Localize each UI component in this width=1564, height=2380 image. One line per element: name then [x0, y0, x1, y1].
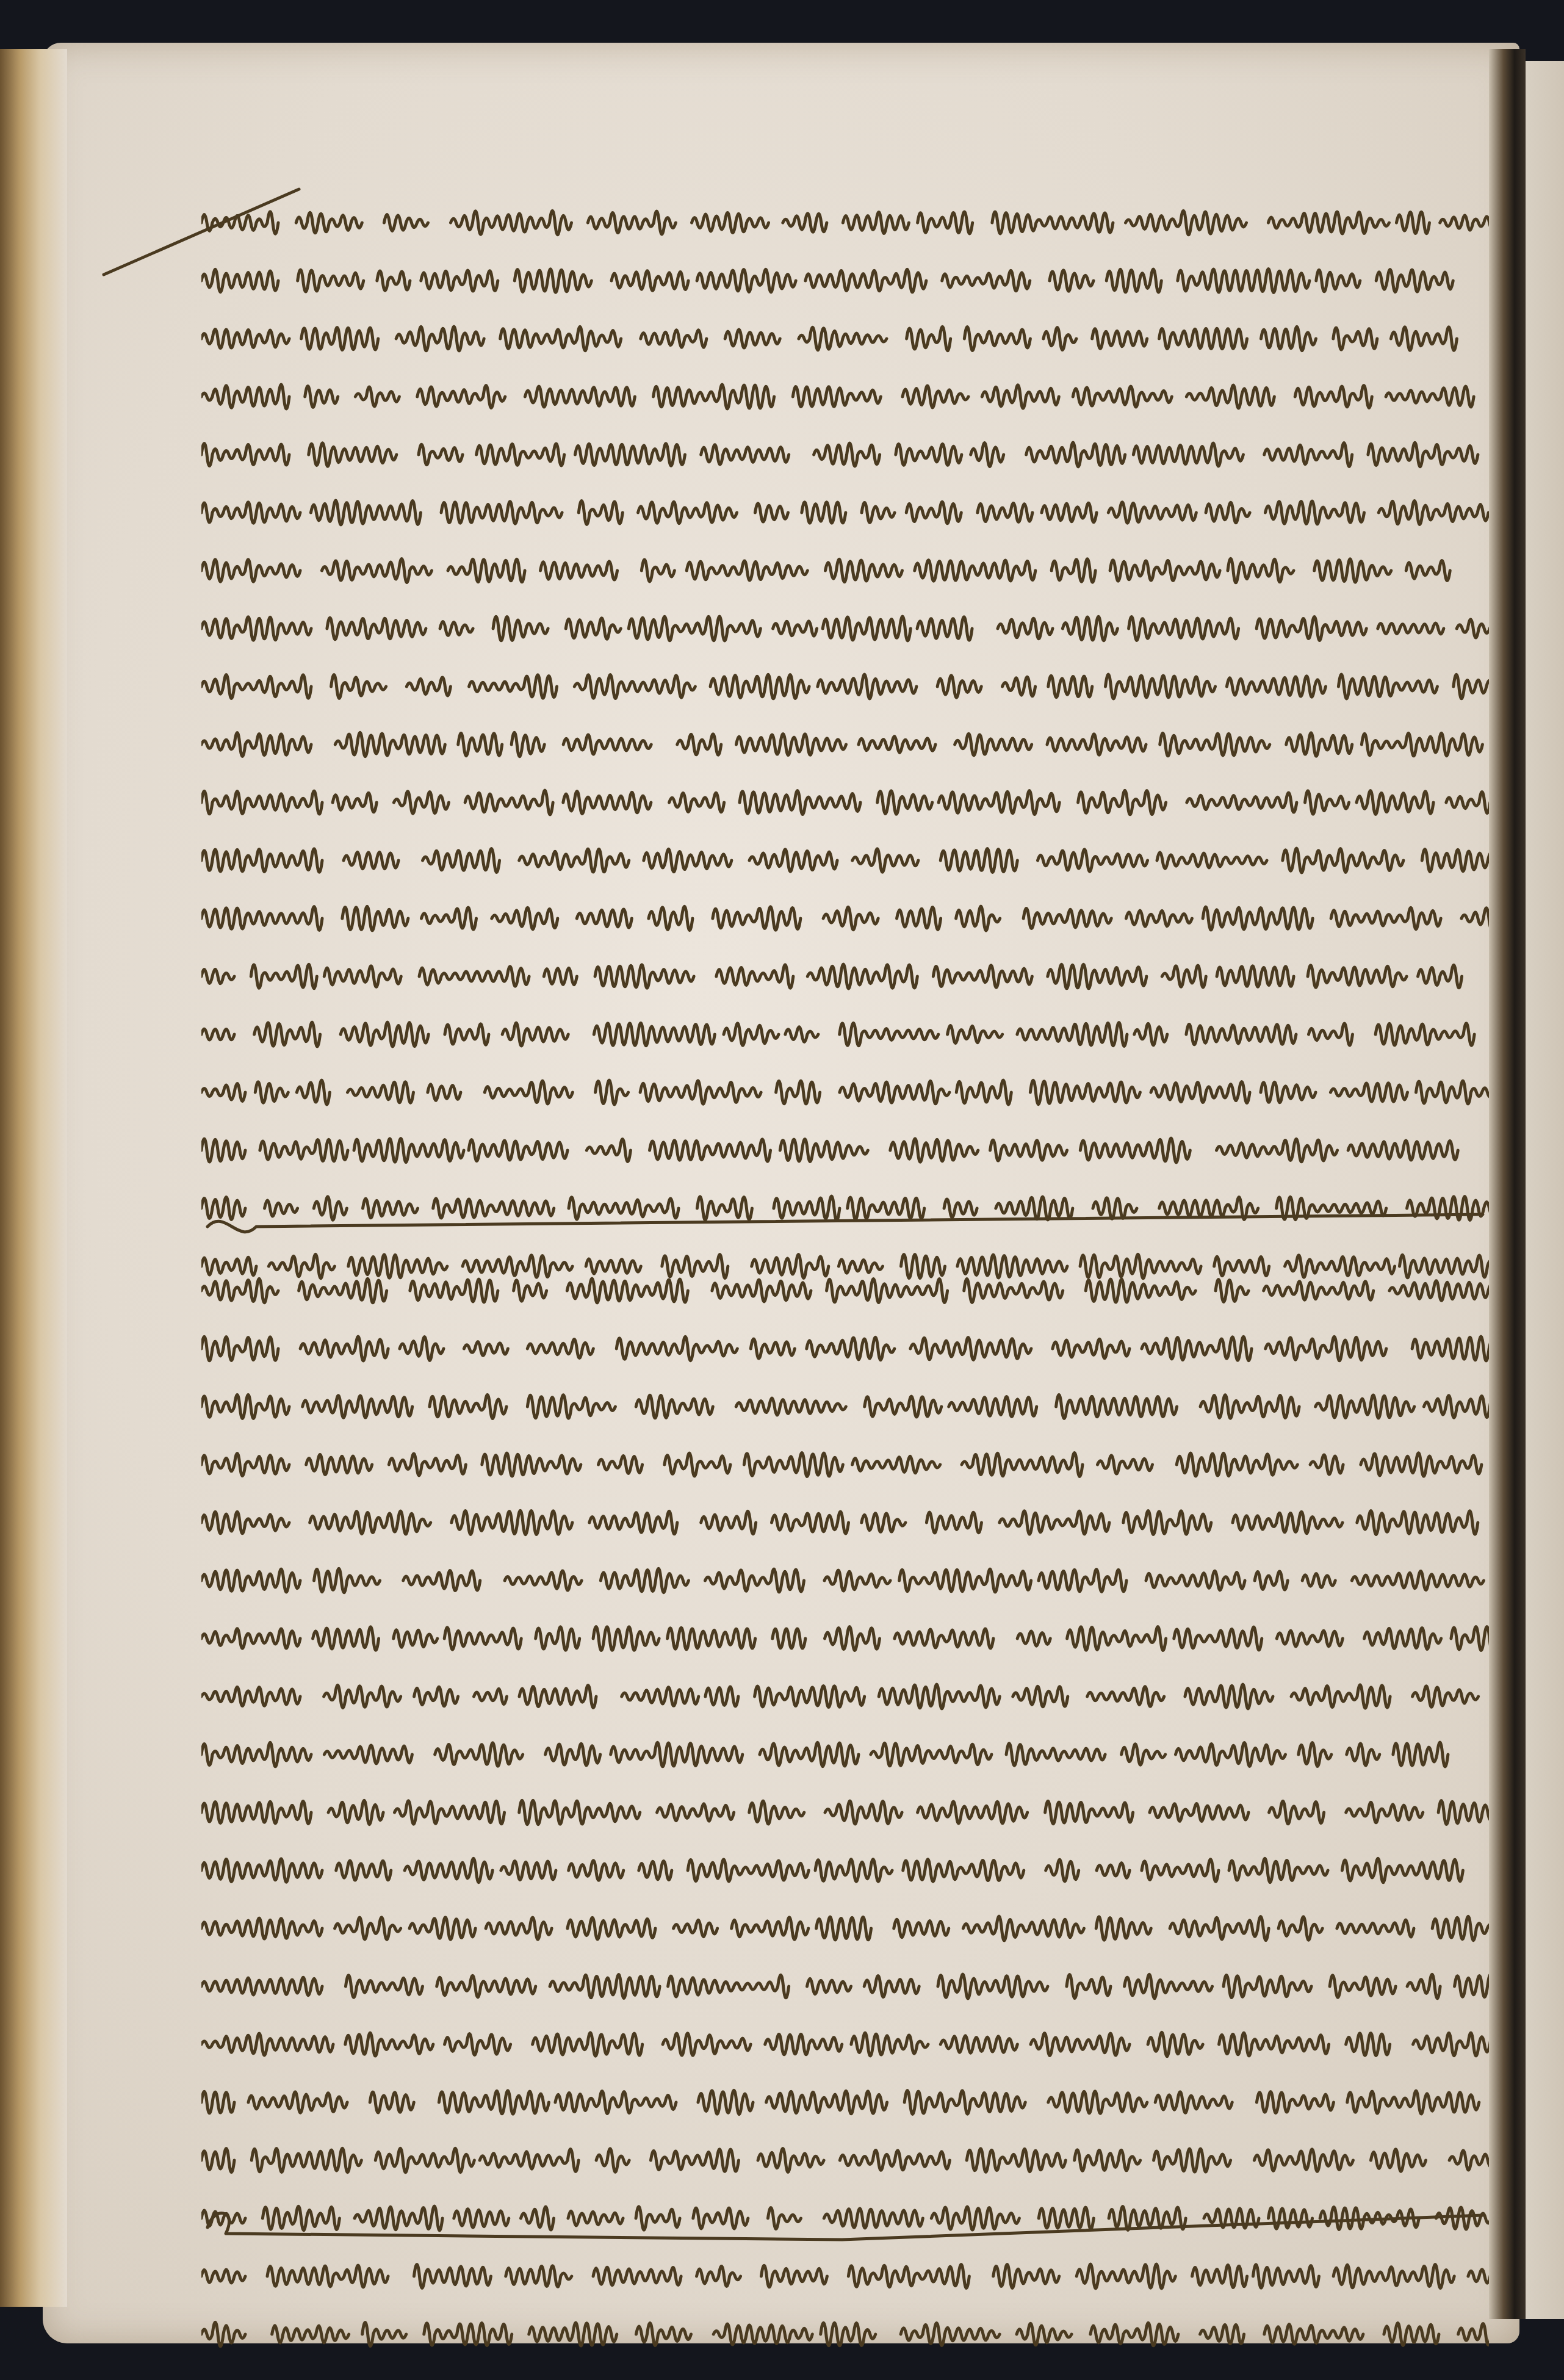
script-line	[201, 1965, 1489, 2000]
script-line	[201, 723, 1489, 759]
facing-page-edge	[1526, 61, 1564, 2319]
script-line	[201, 375, 1489, 411]
script-line	[201, 1733, 1489, 1769]
script-line	[201, 2313, 1489, 2348]
script-line	[201, 781, 1489, 817]
script-line	[201, 665, 1489, 701]
script-line	[201, 1269, 1489, 1305]
script-line	[201, 1617, 1489, 1653]
script-line	[201, 1071, 1489, 1106]
script-line	[201, 2023, 1489, 2058]
book-gutter	[1489, 49, 1526, 2319]
script-line	[201, 1327, 1489, 1363]
upper-text-block	[201, 201, 1489, 1303]
script-line	[201, 1907, 1489, 1942]
script-line	[201, 839, 1489, 874]
script-line	[201, 549, 1489, 585]
script-line	[201, 2081, 1489, 2116]
script-line	[201, 1849, 1489, 1884]
closing-line	[201, 2203, 1489, 2252]
script-line	[201, 1675, 1489, 1711]
script-line	[201, 1791, 1489, 1826]
script-line	[201, 1129, 1489, 1164]
script-line	[201, 259, 1489, 295]
script-line	[201, 2255, 1489, 2290]
script-line	[201, 491, 1489, 527]
script-line	[201, 955, 1489, 990]
script-line	[201, 2139, 1489, 2174]
script-line	[201, 1443, 1489, 1479]
script-line	[201, 317, 1489, 353]
script-line	[201, 1501, 1489, 1537]
script-line	[201, 433, 1489, 469]
script-line	[201, 607, 1489, 643]
section-separator-line	[201, 1208, 1489, 1245]
page-deckled-edge	[0, 49, 67, 2307]
script-line	[201, 1385, 1489, 1421]
script-line	[201, 1013, 1489, 1048]
script-line	[201, 1559, 1489, 1595]
script-line	[201, 201, 1489, 237]
script-line	[201, 897, 1489, 932]
